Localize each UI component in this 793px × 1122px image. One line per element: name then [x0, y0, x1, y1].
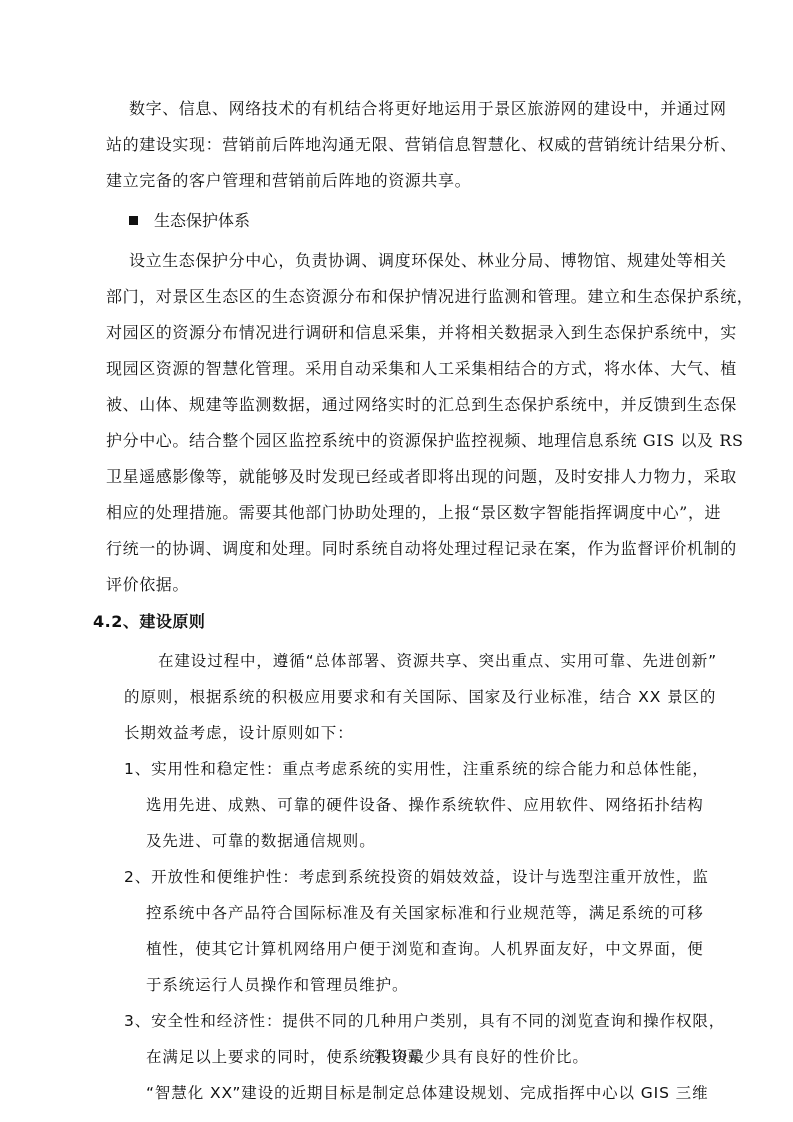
eco-line-5: 被、山体、规建等监测数据，通过网络实时的汇总到生态保护系统中，并反馈到生态保 [106, 395, 737, 415]
eco-line-4: 现园区资源的智慧化管理。采用自动采集和人工采集相结合的方式，将水体、大气、植 [106, 359, 737, 379]
document-page: 数字、信息、网络技术的有机结合将更好地运用于景区旅游网的建设中，并通过网 站的建… [0, 0, 793, 1122]
closing-line: “智慧化 XX”建设的近期目标是制定总体建设规划、完成指挥中心以 GIS 三维 [146, 1083, 708, 1103]
section-heading: 4.2、建设原则 [93, 612, 205, 632]
principle-2-line-3: 植性，使其它计算机网络用户便于浏览和查询。人机界面友好，中文界面，便 [146, 939, 704, 959]
square-bullet-icon [129, 216, 138, 225]
page-number-footer: 第 10页 [0, 1045, 793, 1064]
intro-line-1: 数字、信息、网络技术的有机结合将更好地运用于景区旅游网的建设中，并通过网 [129, 99, 727, 119]
intro-line-3: 建立完备的客户管理和营销前后阵地的资源共享。 [106, 171, 471, 191]
eco-line-9: 行统一的协调、调度和处理。同时系统自动将处理过程记录在案，作为监督评价机制的 [106, 539, 737, 559]
principle-1-line-3: 及先进、可靠的数据通信规则。 [146, 831, 376, 851]
principles-intro-line-1: 在建设过程中，遵循“总体部署、资源共享、突出重点、实用可靠、先进创新” [158, 651, 717, 671]
eco-line-7: 卫星遥感影像等，就能够及时发现已经或者即将出现的问题，及时安排人力物力，采取 [106, 467, 737, 487]
principle-2-line-2: 控系统中各产品符合国际标准及有关国家标准和行业规范等，满足系统的可移 [146, 903, 704, 923]
bullet-heading-text: 生态保护体系 [154, 211, 250, 230]
principle-2-line-1: 2、开放性和便维护性：考虑到系统投资的娟妓效益，设计与选型注重开放性，监 [124, 867, 709, 887]
eco-line-8: 相应的处理措施。需要其他部门协助处理的，上报“景区数字智能指挥调度中心”，进 [106, 503, 721, 523]
eco-line-10: 评价依据。 [106, 575, 189, 595]
eco-line-1: 设立生态保护分中心，负责协调、调度环保处、林业分局、博物馆、规建处等相关 [129, 251, 727, 271]
intro-line-2: 站的建设实现：营销前后阵地沟通无限、营销信息智慧化、权威的营销统计结果分析、 [106, 135, 737, 155]
principle-1-line-1: 1、实用性和稳定性：重点考虑系统的实用性，注重系统的综合能力和总体性能， [124, 759, 709, 779]
eco-line-6: 护分中心。结合整个园区监控系统中的资源保护监控视频、地理信息系统 GIS 以及 … [106, 431, 744, 451]
eco-line-2: 部门，对景区生态区的生态资源分布和保护情况进行监测和管理。建立和生态保护系统， [106, 287, 753, 307]
principle-3-line-1: 3、安全性和经济性：提供不同的几种用户类别，具有不同的浏览查询和操作权限， [124, 1011, 725, 1031]
bullet-heading-eco: 生态保护体系 [129, 211, 250, 231]
principle-2-line-4: 于系统运行人员操作和管理员维护。 [146, 975, 408, 995]
eco-line-3: 对园区的资源分布情况进行调研和信息采集，并将相关数据录入到生态保护系统中，实 [106, 323, 737, 343]
principles-intro-line-3: 长期效益考虑，设计原则如下： [124, 723, 354, 743]
principles-intro-line-2: 的原则，根据系统的积极应用要求和有关国际、国家及行业标准，结合 XX 景区的 [124, 687, 716, 707]
principle-1-line-2: 选用先进、成熟、可靠的硬件设备、操作系统软件、应用软件、网络拓扑结构 [146, 795, 704, 815]
